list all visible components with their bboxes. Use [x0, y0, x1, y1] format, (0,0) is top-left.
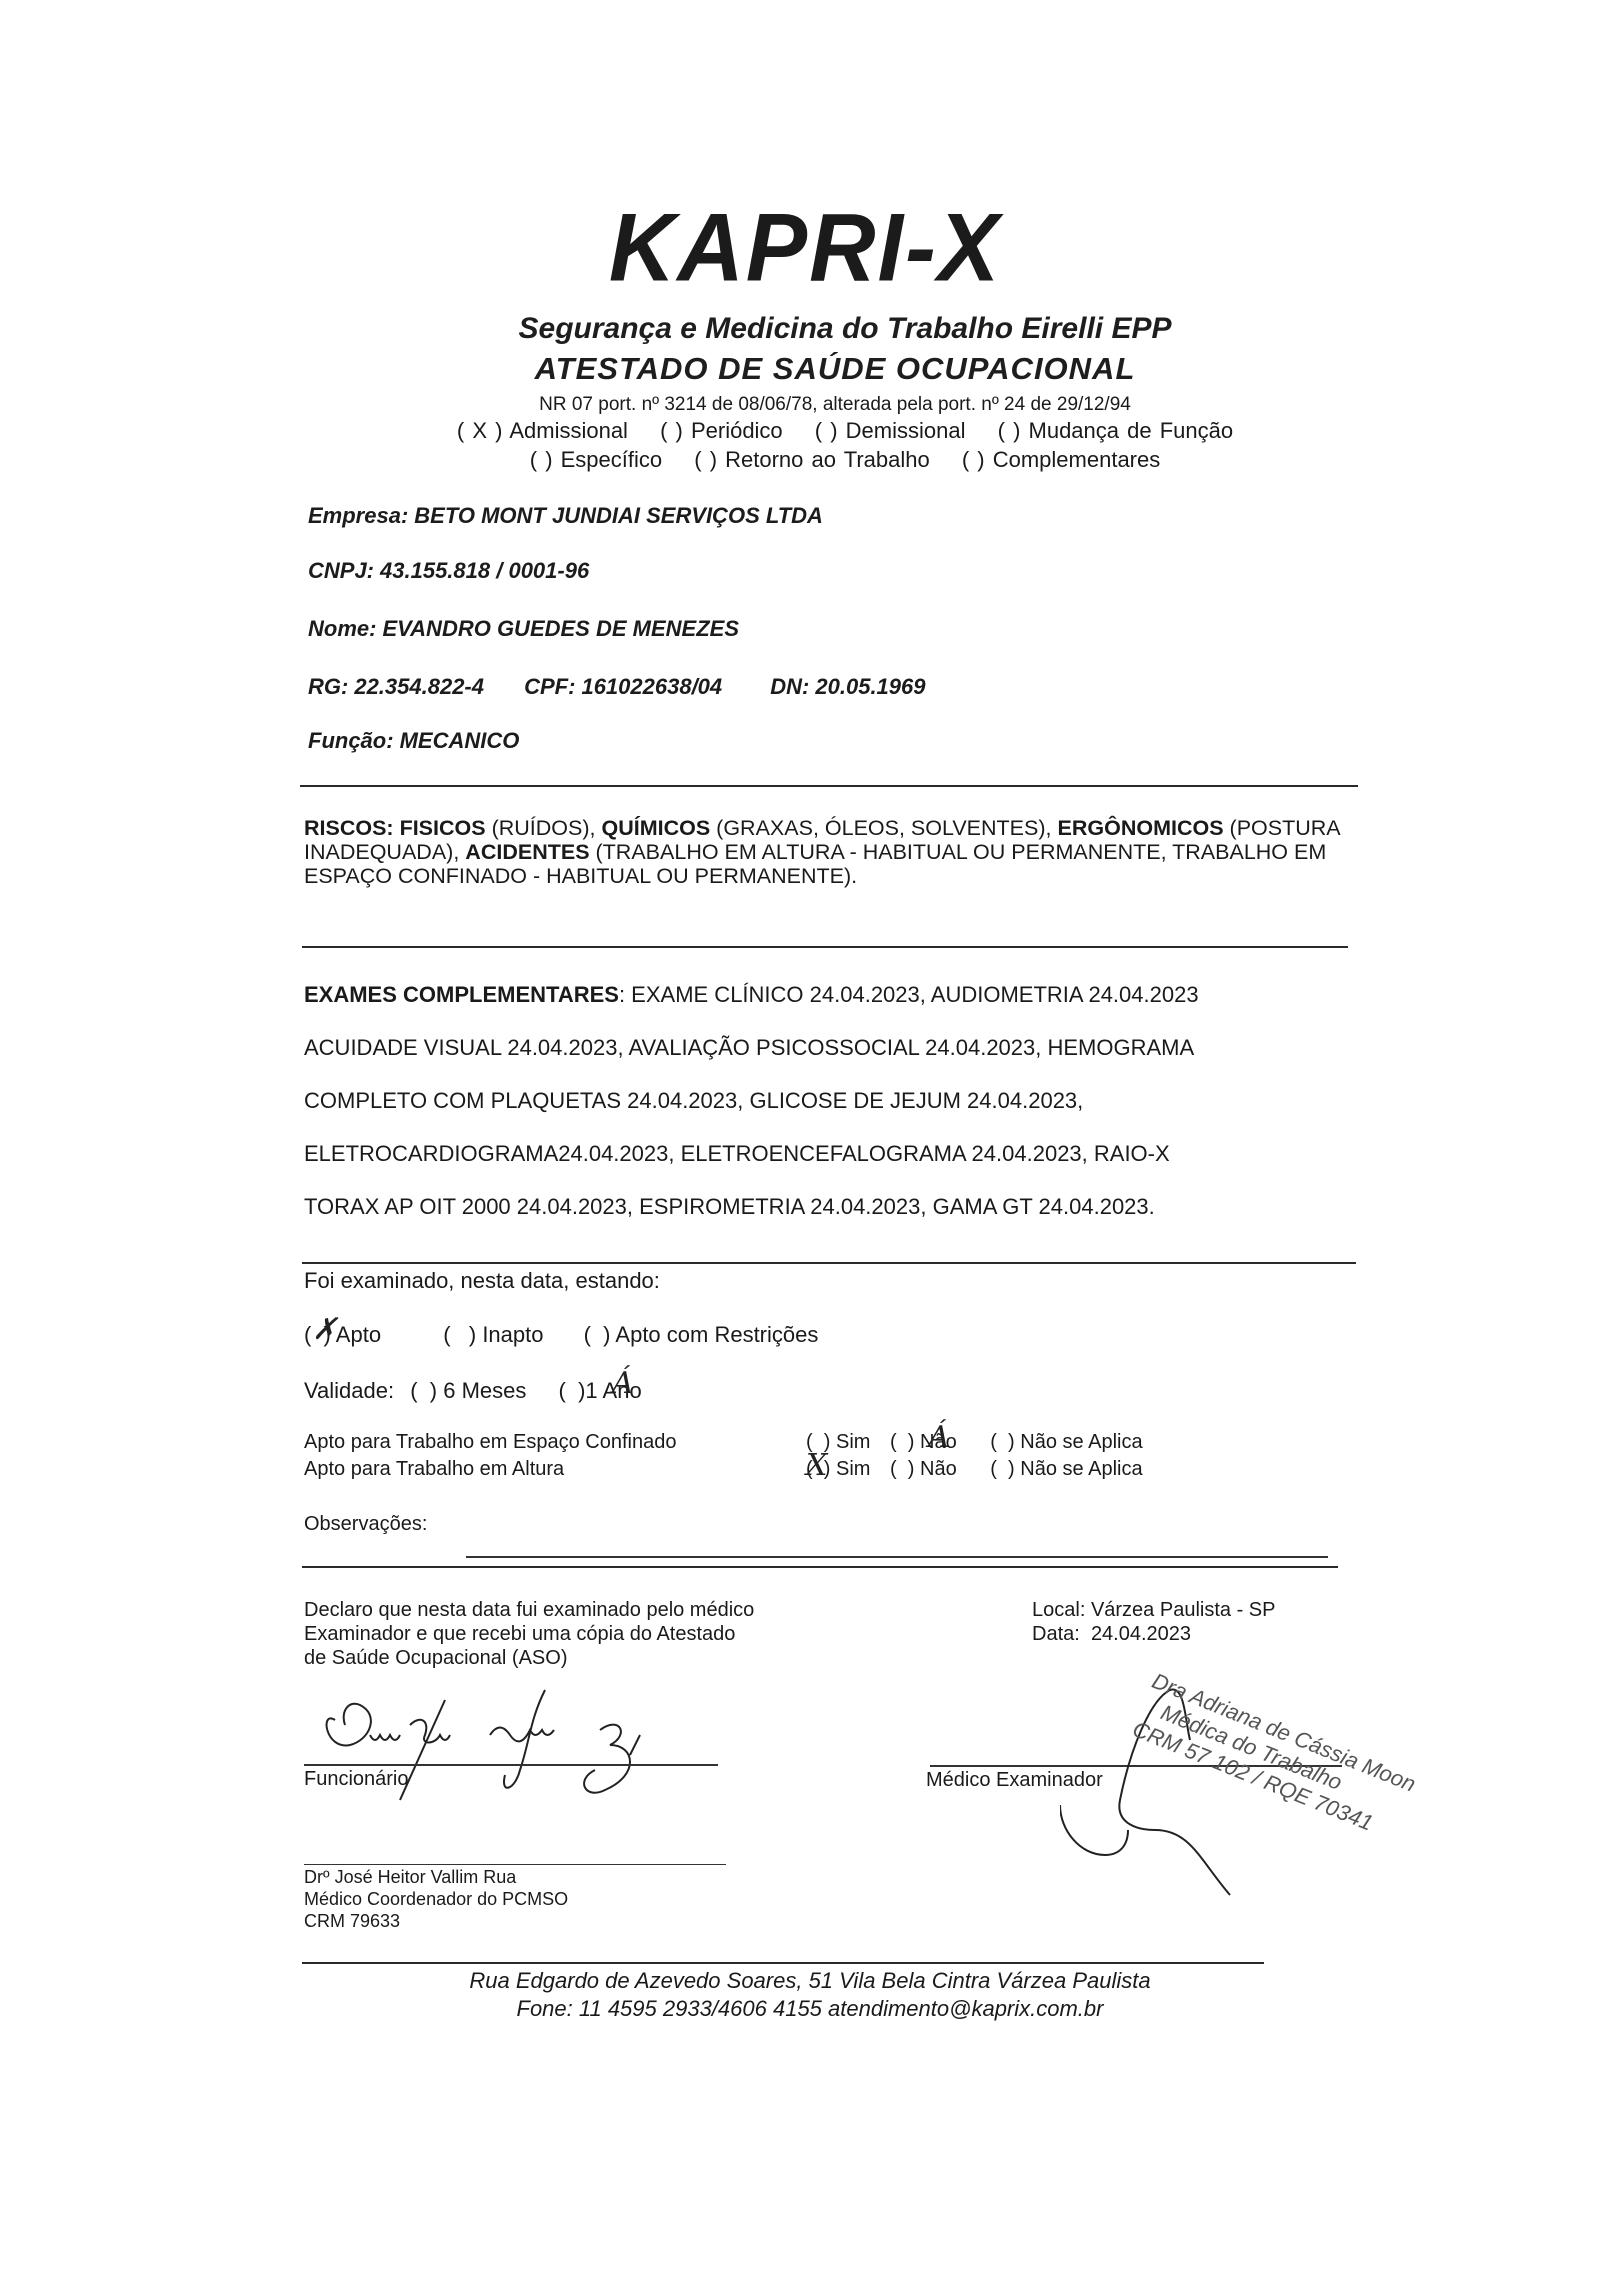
handwritten-check-mark-icon: Á — [612, 1366, 634, 1401]
cnpj-label: CNPJ: — [308, 558, 374, 583]
divider — [300, 785, 1358, 787]
acidentes-label: ACIDENTES — [465, 840, 589, 864]
cnpj-value: 43.155.818 / 0001-96 — [380, 558, 589, 583]
cpf-label: CPF: — [524, 674, 575, 699]
divider — [302, 946, 1348, 948]
altura-options: ( ) Sim ( ) Não ( ) Não se Aplica — [806, 1458, 1143, 1481]
footer-address: Rua Edgardo de Azevedo Soares, 51 Vila B… — [0, 1968, 1600, 1994]
nome-field: Nome:EVANDRO GUEDES DE MENEZES — [308, 616, 739, 642]
cpf-value: 161022638/04 — [581, 674, 722, 699]
rg-value: 22.354.822-4 — [354, 674, 484, 699]
footer-contact: Fone: 11 4595 2933/4606 4155 atendimento… — [0, 1996, 1600, 2022]
handwritten-x-mark-icon: ✗ — [312, 1312, 337, 1347]
apto-restricoes-label: Apto com Restrições — [615, 1322, 818, 1347]
data-value: 24.04.2023 — [1091, 1623, 1191, 1645]
riscos-label: RISCOS: — [304, 816, 394, 840]
confinado-options: ( ) Sim ( ) Não ( ) Não se Aplica — [806, 1431, 1143, 1454]
funcao-field: Função:MECANICO — [308, 728, 519, 754]
dn-label: DN: — [770, 674, 809, 699]
funcao-label: Função: — [308, 728, 394, 753]
norm-reference: NR 07 port. nº 3214 de 08/06/78, alterad… — [0, 394, 1600, 416]
riscos-section: RISCOS: FISICOS (RUÍDOS), QUÍMICOS (GRAX… — [304, 816, 1374, 888]
exam-type-mudanca-funcao: ( ) Mudança de Função — [998, 418, 1233, 443]
quimicos-label: QUÍMICOS — [601, 816, 710, 840]
document-title: ATESTADO DE SAÚDE OCUPACIONAL — [0, 351, 1600, 387]
quimicos-value: (GRAXAS, ÓLEOS, SOLVENTES), — [716, 816, 1051, 840]
fisicos-value: (RUÍDOS), — [492, 816, 596, 840]
local-value: Várzea Paulista - SP — [1091, 1599, 1276, 1621]
altura-label: Apto para Trabalho em Altura — [304, 1458, 564, 1481]
aptidao-options: ( ) Apto ( ) Inapto ( ) Apto com Restriç… — [304, 1322, 818, 1348]
coordenador-name: Drº José Heitor Vallim Rua — [304, 1866, 568, 1888]
validade-row: Validade: ( ) 6 Meses ( )1 Ano — [304, 1378, 642, 1404]
altura-nao-label: Não — [920, 1458, 957, 1480]
handwritten-x-mark-icon: Ⅹ — [806, 1448, 827, 1483]
confinado-na-label: Não se Aplica — [1020, 1431, 1142, 1453]
exam-types-row-2: ( ) Específico ( ) Retorno ao Trabalho (… — [0, 447, 1600, 473]
coordenador-block: Drº José Heitor Vallim Rua Médico Coorde… — [304, 1866, 568, 1932]
coordenador-crm: CRM 79633 — [304, 1910, 568, 1932]
exam-type-admissional: ( X ) Admissional — [457, 418, 628, 443]
dn-value: 20.05.1969 — [815, 674, 925, 699]
empresa-value: BETO MONT JUNDIAI SERVIÇOS LTDA — [414, 503, 823, 528]
declaracao-line: Examinador e que recebi uma cópia do Ate… — [304, 1622, 754, 1646]
coordenador-role: Médico Coordenador do PCMSO — [304, 1888, 568, 1910]
funcao-value: MECANICO — [400, 728, 520, 753]
exames-label: EXAMES COMPLEMENTARES — [304, 982, 619, 1007]
confinado-na-checkbox[interactable]: ( ) — [990, 1431, 1014, 1453]
company-logo: KAPRI-X — [0, 193, 1600, 303]
exam-type-complementares: ( ) Complementares — [962, 447, 1160, 472]
exam-type-especifico: ( ) Específico — [530, 447, 662, 472]
empresa-field: Empresa:BETO MONT JUNDIAI SERVIÇOS LTDA — [308, 503, 823, 529]
confinado-nao-checkbox[interactable]: ( ) — [890, 1431, 914, 1453]
local-label: Local: — [1032, 1599, 1085, 1621]
apto-restricoes-checkbox[interactable]: ( ) — [584, 1322, 611, 1347]
data-label: Data: — [1032, 1623, 1080, 1645]
exam-type-retorno: ( ) Retorno ao Trabalho — [694, 447, 929, 472]
funcionario-label: Funcionário — [304, 1768, 409, 1791]
fisicos-label: FISICOS — [400, 816, 486, 840]
observacoes-label: Observações: — [304, 1513, 427, 1536]
validade-6-label: 6 Meses — [443, 1378, 526, 1403]
divider — [302, 1262, 1356, 1264]
confinado-sim-label: Sim — [836, 1431, 870, 1453]
documents-row: RG:22.354.822-4 CPF:161022638/04 DN:20.0… — [308, 674, 926, 700]
inapto-label: Inapto — [482, 1322, 543, 1347]
observacoes-field[interactable] — [466, 1534, 1328, 1558]
exames-line: ELETROCARDIOGRAMA24.04.2023, ELETROENCEF… — [304, 1139, 1374, 1192]
validade-6-checkbox[interactable]: ( ) — [410, 1378, 437, 1403]
inapto-checkbox[interactable]: ( ) — [443, 1322, 476, 1347]
declaracao-text: Declaro que nesta data fui examinado pel… — [304, 1598, 754, 1670]
cnpj-field: CNPJ:43.155.818 / 0001-96 — [308, 558, 589, 584]
exames-line: TORAX AP OIT 2000 24.04.2023, ESPIROMETR… — [304, 1192, 1374, 1245]
nome-value: EVANDRO GUEDES DE MENEZES — [382, 616, 739, 641]
altura-nao-checkbox[interactable]: ( ) — [890, 1458, 914, 1480]
declaracao-line: de Saúde Ocupacional (ASO) — [304, 1646, 754, 1670]
exames-text: : EXAME CLÍNICO 24.04.2023, AUDIOMETRIA … — [619, 982, 1199, 1007]
validade-1-checkbox[interactable]: ( ) — [559, 1378, 586, 1403]
exames-line: ACUIDADE VISUAL 24.04.2023, AVALIAÇÃO PS… — [304, 1033, 1374, 1086]
handwritten-check-mark-icon: Á — [928, 1420, 950, 1455]
confinado-label: Apto para Trabalho em Espaço Confinado — [304, 1431, 676, 1454]
footer-divider — [302, 1962, 1264, 1964]
exam-type-demissional: ( ) Demissional — [815, 418, 966, 443]
declaracao-line: Declaro que nesta data fui examinado pel… — [304, 1598, 754, 1622]
altura-sim-label: Sim — [836, 1458, 870, 1480]
local-data-block: Local: Várzea Paulista - SP Data: 24.04.… — [1032, 1598, 1275, 1646]
observacoes-line-2 — [302, 1566, 1338, 1568]
exam-type-periodico: ( ) Periódico — [660, 418, 783, 443]
rg-label: RG: — [308, 674, 348, 699]
company-subtitle: Segurança e Medicina do Trabalho Eirelli… — [0, 312, 1600, 346]
exames-line: COMPLETO COM PLAQUETAS 24.04.2023, GLICO… — [304, 1086, 1374, 1139]
resultado-intro: Foi examinado, nesta data, estando: — [304, 1268, 660, 1294]
empresa-label: Empresa: — [308, 503, 408, 528]
exames-line: EXAMES COMPLEMENTARES: EXAME CLÍNICO 24.… — [304, 980, 1374, 1033]
exam-types-row-1: ( X ) Admissional ( ) Periódico ( ) Demi… — [0, 418, 1600, 444]
apto-label: Apto — [336, 1322, 381, 1347]
nome-label: Nome: — [308, 616, 376, 641]
validade-label: Validade: — [304, 1378, 394, 1403]
funcionario-signature-line — [304, 1764, 718, 1766]
ergonomicos-label: ERGÔNOMICOS — [1058, 816, 1224, 840]
coordenador-signature-line — [304, 1864, 726, 1865]
exames-section: EXAMES COMPLEMENTARES: EXAME CLÍNICO 24.… — [304, 980, 1374, 1245]
altura-na-label: Não se Aplica — [1020, 1458, 1142, 1480]
altura-na-checkbox[interactable]: ( ) — [990, 1458, 1014, 1480]
